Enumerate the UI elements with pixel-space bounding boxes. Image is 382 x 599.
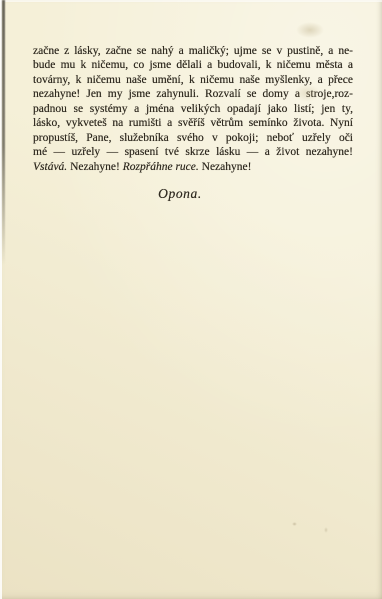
dialogue-text: padnou se systémy a jména velikých opada… <box>33 103 353 115</box>
dialogue-text: lásko, vykveteš na rumišti a svěříš větr… <box>33 117 353 129</box>
dialogue-text: Nezahyne! <box>67 161 123 173</box>
text-line: továrny, k ničemu naše umění, k ničemu n… <box>33 73 353 87</box>
scanned-book-page: začne z lásky, začne se nahý a maličký; … <box>0 0 382 599</box>
text-line: propustíš, Pane, služebníka svého v poko… <box>33 131 353 145</box>
text-line: mé — uzřely — spasení tvé skrze lásku — … <box>33 145 353 159</box>
text-line: padnou se systémy a jména velikých opada… <box>33 102 353 116</box>
dialogue-text: začne z lásky, začne se nahý a maličký; … <box>33 45 353 57</box>
paper-speck <box>292 522 297 526</box>
body-paragraph: začne z lásky, začne se nahý a maličký; … <box>33 44 353 174</box>
curtain-label: Opona. <box>158 186 202 202</box>
text-line: nezahyne! Jen my jsme zahynuli. Rozvalí … <box>33 87 353 101</box>
stage-direction-text: Vstává. <box>33 161 67 173</box>
paper-smudge <box>296 22 324 38</box>
dialogue-text: propustíš, Pane, služebníka svého v poko… <box>33 132 353 144</box>
gutter-shadow <box>2 0 5 265</box>
text-line: Vstává. Nezahyne! Rozpřáhne ruce. Nezahy… <box>33 160 353 174</box>
stage-direction-text: Rozpřáhne ruce. <box>123 161 199 173</box>
text-line: bude mu k ničemu, co jsme dělali a budov… <box>33 58 353 72</box>
curtain-row: Opona. <box>33 185 353 203</box>
paper-speck <box>324 527 328 533</box>
text-line: lásko, vykveteš na rumišti a svěříš větr… <box>33 116 353 130</box>
dialogue-text: bude mu k ničemu, co jsme dělali a budov… <box>33 59 353 71</box>
page-top-edge <box>0 0 382 2</box>
dialogue-text: nezahyne! Jen my jsme zahynuli. Rozvalí … <box>33 88 353 100</box>
dialogue-text: továrny, k ničemu naše umění, k ničemu n… <box>33 74 353 86</box>
dialogue-text: Nezahyne! <box>199 161 252 173</box>
dialogue-text: mé — uzřely — spasení tvé skrze lásku — … <box>33 146 353 158</box>
text-line: začne z lásky, začne se nahý a maličký; … <box>33 44 353 58</box>
